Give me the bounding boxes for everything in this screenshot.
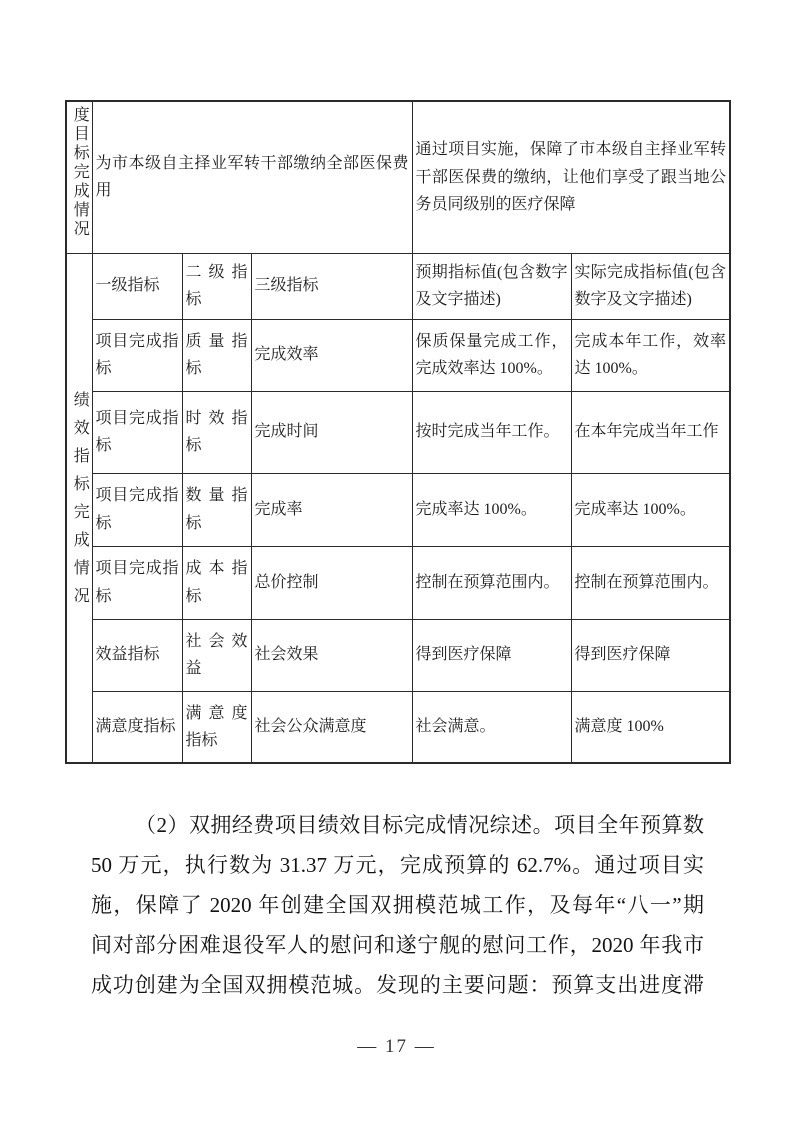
table-header-row: 绩效指标完成情况 一级指标 二级指标 三级指标 预期指标值(包含数字及文字描述)… [66,253,730,319]
table-cell: 得到医疗保障 [412,619,571,691]
performance-section-label: 绩效指标完成情况 [67,391,91,615]
table-cell: 社会效果 [251,619,412,691]
table-cell: 时效指标 [182,391,251,473]
paragraph-line: （2）双拥经费项目绩效目标完成情况综述。项目全年预算数 [91,805,704,845]
document-page: 度目标完成情况 为市本级自主择业军转干部缴纳全部医保费用 通过项目实施，保障了市… [0,0,793,1122]
table-cell: 成本指标 [182,546,251,619]
column-header-actual: 实际完成指标值(包含数字及文字描述) [571,253,730,319]
table-cell: 满意度 100% [571,691,730,763]
table-row: 项目完成指标 数量指标 完成率 完成率达 100%。 完成率达 100%。 [66,473,730,546]
table-cell: 总价控制 [251,546,412,619]
table-cell: 完成时间 [251,391,412,473]
annual-target-row-label: 度目标完成情况 [67,106,91,239]
table-cell: 效益指标 [92,619,182,691]
table-cell: 质量指标 [182,319,251,391]
paragraph-line: 50 万元，执行数为 31.37 万元，完成预算的 62.7%。通过项目实 [91,845,704,885]
column-header-expected: 预期指标值(包含数字及文字描述) [412,253,571,319]
table-row: 项目完成指标 成本指标 总价控制 控制在预算范围内。 控制在预算范围内。 [66,546,730,619]
paragraph-line: 成功创建为全国双拥模范城。发现的主要问题：预算支出进度滞 [91,965,704,1005]
paragraph-line: 施，保障了 2020 年创建全国双拥模范城工作，及每年“八一”期 [91,885,704,925]
table-cell: 数量指标 [182,473,251,546]
table-cell: 完成率达 100%。 [571,473,730,546]
table-cell: 项目完成指标 [92,473,182,546]
paragraph-line: 间对部分困难退役军人的慰问和遂宁舰的慰问工作，2020 年我市 [91,925,704,965]
table-cell: 控制在预算范围内。 [412,546,571,619]
table-cell: 满意度指标 [182,691,251,763]
table-cell: 按时完成当年工作。 [412,391,571,473]
table-row: 项目完成指标 时效指标 完成时间 按时完成当年工作。 在本年完成当年工作 [66,391,730,473]
table-cell: 社会公众满意度 [251,691,412,763]
table-cell: 完成率达 100%。 [412,473,571,546]
table-cell: 完成效率 [251,319,412,391]
table-cell: 满意度指标 [92,691,182,763]
table-cell: 控制在预算范围内。 [571,546,730,619]
table-cell: 在本年完成当年工作 [571,391,730,473]
table-row: 项目完成指标 质量指标 完成效率 保质保量完成工作，完成效率达 100%。 完成… [66,319,730,391]
performance-indicator-table: 度目标完成情况 为市本级自主择业军转干部缴纳全部医保费用 通过项目实施，保障了市… [65,100,731,764]
annual-target-cell: 为市本级自主择业军转干部缴纳全部医保费用 [92,101,412,253]
table-row: 满意度指标 满意度指标 社会公众满意度 社会满意。 满意度 100% [66,691,730,763]
table-cell: 项目完成指标 [92,391,182,473]
table-cell: 社会效益 [182,619,251,691]
column-header-level3: 三级指标 [251,253,412,319]
table-cell: 得到医疗保障 [571,619,730,691]
table-cell: 完成本年工作，效率达 100%。 [571,319,730,391]
column-header-level2: 二级指标 [182,253,251,319]
table-cell: 项目完成指标 [92,546,182,619]
performance-section-label-cell: 绩效指标完成情况 [66,253,92,763]
table-row-annual-target: 度目标完成情况 为市本级自主择业军转干部缴纳全部医保费用 通过项目实施，保障了市… [66,101,730,253]
table-row: 效益指标 社会效益 社会效果 得到医疗保障 得到医疗保障 [66,619,730,691]
column-header-level1: 一级指标 [92,253,182,319]
annual-result-cell: 通过项目实施，保障了市本级自主择业军转干部医保费的缴纳，让他们享受了跟当地公务员… [412,101,730,253]
summary-paragraph: （2）双拥经费项目绩效目标完成情况综述。项目全年预算数 50 万元，执行数为 3… [91,805,704,1005]
table-cell: 项目完成指标 [92,319,182,391]
page-number: — 17 — [0,1036,793,1058]
table-cell: 社会满意。 [412,691,571,763]
table-cell: 保质保量完成工作，完成效率达 100%。 [412,319,571,391]
table-cell: 完成率 [251,473,412,546]
annual-target-row-label-cell: 度目标完成情况 [66,101,92,253]
